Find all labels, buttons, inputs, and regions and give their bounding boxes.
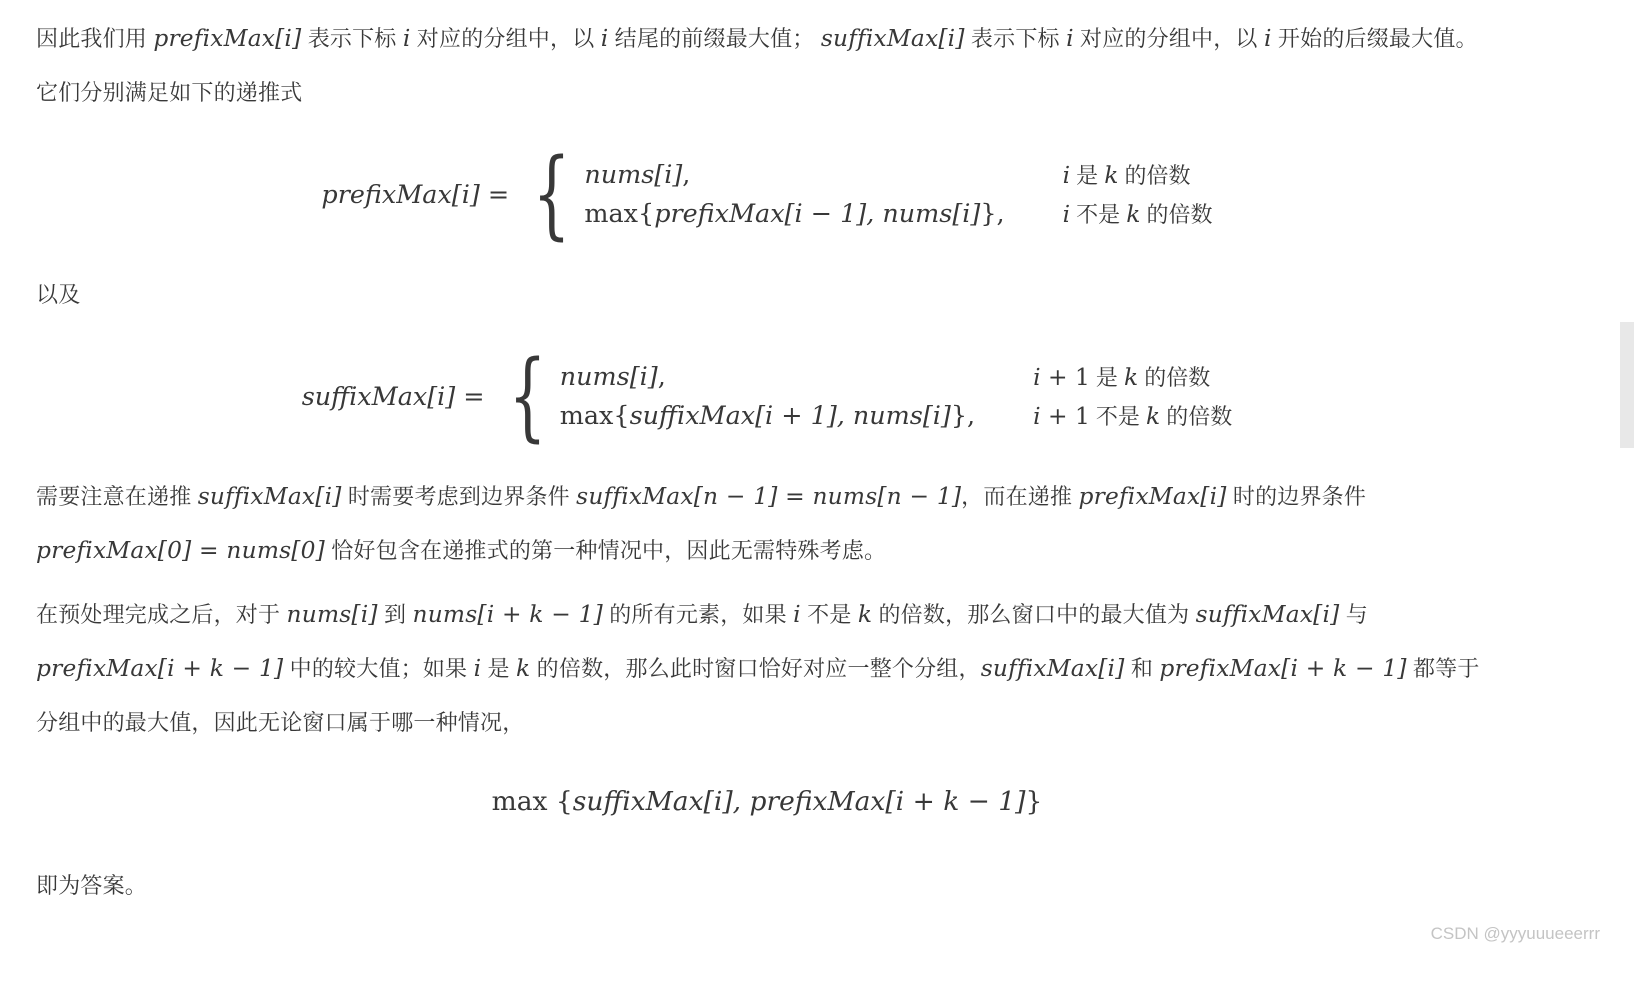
math-run: i — [1264, 25, 1272, 52]
math-run: i — [1066, 25, 1074, 52]
formula-lhs: suffixMax[i] = — [302, 381, 493, 412]
paragraph-closing: 即为答案。 — [36, 859, 1498, 913]
math-run: nums[i + k − 1] — [413, 601, 603, 628]
math-run: nums[i] — [584, 159, 682, 189]
text-run: 的倍数 — [1138, 365, 1210, 390]
paragraph-boundary-note: 需要注意在递推 suffixMax[i] 时需要考虑到边界条件 suffixMa… — [36, 470, 1498, 578]
math-run: }, — [980, 198, 1004, 228]
text-run: 的倍数 — [1140, 202, 1212, 227]
case-expression: max{suffixMax[i + 1], nums[i]}, — [560, 400, 975, 431]
math-run: { — [556, 786, 573, 817]
paragraph-intro: 因此我们用 prefixMax[i] 表示下标 i 对应的分组中，以 i 结尾的… — [36, 12, 1498, 120]
math-run: max{ — [560, 400, 630, 430]
case-expression: max{prefixMax[i − 1], nums[i]}, — [584, 198, 1004, 229]
text-run: 时的边界条件 — [1227, 484, 1367, 509]
math-run: suffixMax[n − 1] = nums[n − 1] — [576, 483, 961, 510]
case-expression: nums[i], — [584, 159, 1004, 190]
math-run: suffixMax[i] — [981, 655, 1125, 682]
scrollbar-thumb[interactable] — [1620, 322, 1634, 448]
formula-prefixmax: prefixMax[i] = { nums[i], i 是 k 的倍数 max{… — [36, 146, 1498, 242]
case-condition: i 是 k 的倍数 — [1063, 159, 1213, 190]
math-run: nums[i] — [287, 601, 378, 628]
formula-cases: nums[i], i + 1 是 k 的倍数 max{suffixMax[i +… — [560, 361, 1233, 431]
article-content: 因此我们用 prefixMax[i] 表示下标 i 对应的分组中，以 i 结尾的… — [36, 12, 1498, 913]
text-run: 即为答案。 — [36, 873, 147, 898]
math-run: k — [1126, 201, 1140, 228]
math-run: suffixMax[i] — [821, 25, 965, 52]
text-run: 结尾的前缀最大值； — [608, 26, 820, 51]
math-run: prefixMax[i − 1], nums[i] — [654, 198, 980, 228]
text-run: 的倍数，那么此时窗口恰好对应一整个分组， — [530, 656, 980, 681]
math-run: nums[i] — [560, 361, 658, 391]
math-run: }, — [951, 400, 975, 430]
text-run: 时需要考虑到边界条件 — [342, 484, 577, 509]
math-run: suffixMax[i] — [302, 381, 455, 411]
math-run: k — [1104, 162, 1118, 189]
text-run: 需要注意在递推 — [36, 484, 198, 509]
text-run: ，而在递推 — [961, 484, 1078, 509]
text-run: 对应的分组中，以 — [1074, 26, 1264, 51]
math-run: + 1 — [1041, 364, 1090, 391]
formula-suffixmax: suffixMax[i] = { nums[i], i + 1 是 k 的倍数 … — [36, 348, 1498, 444]
math-run: suffixMax[i] — [198, 483, 342, 510]
math-run: prefixMax[i] — [153, 25, 301, 52]
math-run: k — [858, 601, 872, 628]
math-run: = — [455, 381, 493, 411]
math-run: prefixMax[i + k − 1] — [36, 655, 283, 682]
paragraph-connector: 以及 — [36, 268, 1498, 322]
text-run: 表示下标 — [965, 26, 1066, 51]
math-run: prefixMax[i] — [321, 179, 479, 209]
text-run: 的倍数，那么窗口中的最大值为 — [872, 602, 1195, 627]
math-run: i — [1033, 403, 1040, 430]
formula-answer: max {suffixMax[i], prefixMax[i + k − 1]} — [36, 786, 1498, 817]
math-run: max{ — [584, 198, 654, 228]
math-run: k — [516, 655, 530, 682]
text-run: 在预处理完成之后，对于 — [36, 602, 287, 627]
text-run: 以及 — [36, 282, 80, 307]
math-run: i — [1063, 201, 1070, 228]
text-run: 的所有元素，如果 — [603, 602, 793, 627]
text-run: 不是 — [1090, 404, 1146, 429]
text-run: 是 — [1090, 365, 1124, 390]
text-run: 因此我们用 — [36, 26, 153, 51]
math-run: prefixMax[i] — [1079, 483, 1227, 510]
case-expression: nums[i], — [560, 361, 975, 392]
text-run: 对应的分组中，以 — [410, 26, 600, 51]
math-run: suffixMax[i] — [1196, 601, 1340, 628]
left-brace-glyph: { — [508, 348, 546, 444]
math-run: prefixMax[0] = nums[0] — [36, 537, 325, 564]
math-run: , — [682, 159, 690, 189]
math-run: = — [480, 179, 518, 209]
math-run: i — [1063, 162, 1070, 189]
text-run: 的倍数 — [1118, 163, 1190, 188]
text-run: 是 — [481, 656, 516, 681]
text-run: 的倍数 — [1160, 404, 1232, 429]
math-run: prefixMax[i + k − 1] — [1159, 655, 1406, 682]
text-run: 到 — [378, 602, 413, 627]
formula-lhs: prefixMax[i] = — [321, 179, 517, 210]
math-run: max — [492, 786, 556, 817]
text-run: 是 — [1070, 163, 1104, 188]
math-run: } — [1026, 786, 1043, 817]
text-run: 和 — [1125, 656, 1160, 681]
case-condition: i + 1 是 k 的倍数 — [1033, 361, 1232, 392]
text-run: 中的较大值；如果 — [283, 656, 473, 681]
math-run: k — [1146, 403, 1160, 430]
left-brace-glyph: { — [533, 146, 571, 242]
csdn-watermark: CSDN @yyyuuueeerrr — [1431, 924, 1600, 944]
math-run: i — [1033, 364, 1040, 391]
math-run: + 1 — [1041, 403, 1090, 430]
paragraph-window-analysis: 在预处理完成之后，对于 nums[i] 到 nums[i + k − 1] 的所… — [36, 588, 1498, 750]
text-run: 恰好包含在递推式的第一种情况中，因此无需特殊考虑。 — [325, 538, 886, 563]
math-run: i — [793, 601, 801, 628]
text-run: 表示下标 — [301, 26, 402, 51]
text-run: 与 — [1339, 602, 1368, 627]
math-run: suffixMax[i], prefixMax[i + k − 1] — [573, 786, 1026, 817]
case-condition: i 不是 k 的倍数 — [1063, 198, 1213, 229]
case-condition: i + 1 不是 k 的倍数 — [1033, 400, 1232, 431]
text-run: 不是 — [801, 602, 858, 627]
math-run: suffixMax[i + 1], nums[i] — [630, 400, 951, 430]
text-run: 不是 — [1070, 202, 1126, 227]
math-run: k — [1124, 364, 1138, 391]
formula-cases: nums[i], i 是 k 的倍数 max{prefixMax[i − 1],… — [584, 159, 1212, 229]
math-run: , — [658, 361, 666, 391]
